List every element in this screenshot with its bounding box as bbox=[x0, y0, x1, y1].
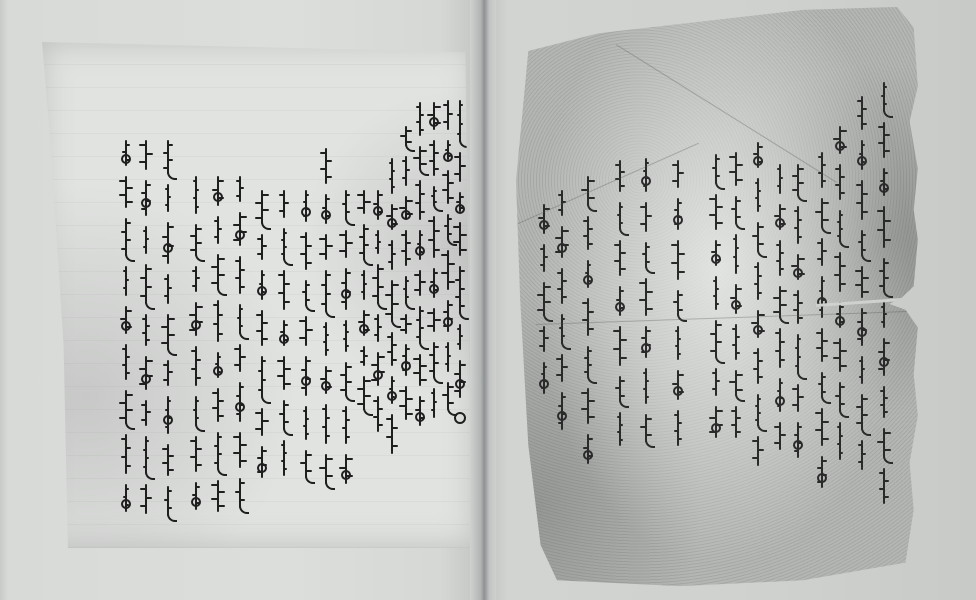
script-word bbox=[405, 344, 407, 376]
script-word bbox=[405, 126, 407, 146]
script-word bbox=[391, 280, 393, 322]
script-word bbox=[779, 328, 781, 368]
script-word bbox=[167, 140, 169, 174]
script-word bbox=[839, 302, 841, 328]
script-word bbox=[283, 356, 285, 390]
script-word bbox=[167, 360, 169, 386]
script-word bbox=[391, 376, 393, 404]
script-word bbox=[283, 270, 285, 310]
script-word bbox=[405, 314, 407, 334]
script-word bbox=[433, 102, 435, 130]
script-word bbox=[145, 264, 147, 304]
script-word bbox=[543, 244, 545, 272]
script-word bbox=[677, 198, 679, 230]
script-word bbox=[125, 140, 127, 166]
script-word bbox=[619, 202, 621, 230]
script-word bbox=[447, 250, 449, 290]
script-word bbox=[883, 82, 885, 112]
script-word bbox=[821, 372, 823, 398]
script-word bbox=[283, 400, 285, 430]
script-word bbox=[239, 344, 241, 372]
script-word bbox=[239, 304, 241, 334]
script-word bbox=[195, 436, 197, 472]
script-word bbox=[861, 394, 863, 430]
script-word bbox=[125, 434, 127, 474]
script-word bbox=[345, 190, 347, 220]
script-word bbox=[645, 326, 647, 358]
script-word bbox=[125, 306, 127, 334]
script-word bbox=[217, 254, 219, 290]
script-word bbox=[363, 376, 365, 410]
script-word bbox=[839, 422, 841, 460]
script-word bbox=[325, 454, 327, 484]
script-word bbox=[433, 308, 435, 332]
script-word bbox=[861, 230, 863, 256]
script-word bbox=[715, 320, 717, 358]
script-word bbox=[619, 376, 621, 402]
script-word bbox=[821, 152, 823, 188]
script-word bbox=[821, 238, 823, 266]
script-word bbox=[757, 262, 759, 300]
script-word bbox=[217, 352, 219, 378]
script-word bbox=[345, 406, 347, 444]
script-word bbox=[363, 346, 365, 366]
script-word bbox=[861, 180, 863, 220]
script-word bbox=[543, 326, 545, 352]
script-word bbox=[261, 446, 263, 478]
script-word bbox=[883, 338, 885, 376]
script-word bbox=[377, 396, 379, 432]
script-word bbox=[239, 382, 241, 422]
script-word bbox=[735, 152, 737, 186]
script-word bbox=[839, 252, 841, 292]
script-word bbox=[587, 298, 589, 336]
script-word bbox=[325, 404, 327, 444]
script-word bbox=[459, 360, 461, 398]
script-word bbox=[883, 428, 885, 458]
book-gutter bbox=[470, 0, 496, 600]
script-word bbox=[677, 160, 679, 188]
script-word bbox=[239, 176, 241, 202]
script-word bbox=[779, 164, 781, 194]
script-word bbox=[779, 204, 781, 230]
script-word bbox=[645, 202, 647, 232]
script-word bbox=[345, 362, 347, 396]
script-word bbox=[305, 450, 307, 478]
script-word bbox=[447, 140, 449, 160]
script-word bbox=[239, 256, 241, 294]
script-word bbox=[883, 468, 885, 504]
script-word bbox=[125, 390, 127, 424]
script-word bbox=[861, 96, 863, 130]
script-word bbox=[735, 324, 737, 360]
script-word bbox=[419, 306, 421, 344]
script-word bbox=[715, 154, 717, 184]
script-word bbox=[195, 176, 197, 214]
script-word bbox=[217, 432, 219, 470]
script-word bbox=[735, 370, 737, 396]
script-word bbox=[433, 216, 435, 258]
script-word bbox=[261, 408, 263, 436]
script-word bbox=[345, 454, 347, 484]
script-word bbox=[645, 242, 647, 268]
script-word bbox=[305, 356, 307, 396]
script-word bbox=[883, 302, 885, 328]
script-word bbox=[587, 434, 589, 464]
script-word bbox=[861, 140, 863, 170]
script-word bbox=[459, 192, 461, 212]
script-word bbox=[345, 230, 347, 258]
script-word bbox=[377, 352, 379, 386]
script-word bbox=[377, 264, 379, 304]
script-word bbox=[757, 348, 759, 384]
script-word bbox=[677, 370, 679, 400]
script-word bbox=[391, 204, 393, 230]
script-word bbox=[735, 196, 737, 224]
script-word bbox=[419, 230, 421, 260]
paper-crease bbox=[516, 143, 699, 225]
script-word bbox=[419, 102, 421, 136]
script-word bbox=[283, 228, 285, 260]
script-word bbox=[391, 332, 393, 366]
script-word bbox=[587, 346, 589, 378]
script-word bbox=[391, 240, 393, 270]
script-word bbox=[861, 356, 863, 384]
script-word bbox=[561, 226, 563, 258]
script-word bbox=[677, 240, 679, 280]
script-word bbox=[405, 276, 407, 304]
script-word bbox=[883, 258, 885, 292]
script-word bbox=[325, 148, 327, 184]
script-word bbox=[645, 278, 647, 316]
script-word bbox=[543, 362, 545, 394]
script-word bbox=[283, 440, 285, 476]
script-word bbox=[735, 406, 737, 438]
script-word bbox=[757, 142, 759, 168]
script-word bbox=[821, 328, 823, 362]
script-word bbox=[883, 206, 885, 248]
script-word bbox=[363, 190, 365, 214]
left-manuscript bbox=[42, 42, 474, 548]
script-word bbox=[195, 346, 197, 386]
script-word bbox=[619, 412, 621, 446]
script-word bbox=[405, 230, 407, 266]
script-word bbox=[677, 290, 679, 316]
script-word bbox=[561, 392, 563, 430]
script-word bbox=[861, 440, 863, 470]
script-word bbox=[167, 444, 169, 476]
script-word bbox=[433, 186, 435, 206]
script-word bbox=[645, 368, 647, 404]
script-word bbox=[305, 406, 307, 440]
script-word bbox=[447, 170, 449, 204]
script-word bbox=[883, 122, 885, 158]
script-word bbox=[217, 216, 219, 244]
script-word bbox=[125, 344, 127, 380]
script-word bbox=[757, 436, 759, 466]
script-word bbox=[587, 388, 589, 424]
script-word bbox=[167, 314, 169, 350]
script-word bbox=[283, 190, 285, 218]
script-word bbox=[779, 422, 781, 450]
script-word bbox=[405, 196, 407, 220]
script-word bbox=[377, 230, 379, 254]
script-word bbox=[797, 254, 799, 280]
script-word bbox=[239, 478, 241, 508]
script-word bbox=[779, 240, 781, 276]
script-word bbox=[145, 180, 147, 216]
right-manuscript-fragment bbox=[516, 4, 926, 592]
script-word bbox=[195, 266, 197, 292]
script-word bbox=[195, 302, 197, 336]
script-word bbox=[145, 484, 147, 514]
script-word bbox=[861, 266, 863, 298]
script-word bbox=[821, 276, 823, 318]
script-word bbox=[239, 212, 241, 246]
script-word bbox=[447, 214, 449, 240]
script-word bbox=[797, 334, 799, 374]
script-word bbox=[363, 224, 365, 260]
script-word bbox=[125, 484, 127, 512]
script-word bbox=[217, 176, 219, 206]
script-word bbox=[217, 480, 219, 512]
script-word bbox=[167, 396, 169, 434]
script-word bbox=[883, 386, 885, 418]
script-word bbox=[839, 210, 841, 242]
script-word bbox=[715, 406, 717, 438]
script-word bbox=[325, 270, 327, 312]
script-word bbox=[345, 320, 347, 352]
script-word bbox=[459, 152, 461, 182]
script-word bbox=[715, 240, 717, 266]
script-word bbox=[325, 194, 327, 224]
open-book-spread: Photograph of an open book showing two f… bbox=[0, 0, 976, 600]
script-word bbox=[145, 400, 147, 426]
script-word bbox=[715, 276, 717, 310]
script-word bbox=[363, 270, 365, 300]
script-word bbox=[645, 158, 647, 192]
script-word bbox=[239, 432, 241, 468]
script-word bbox=[447, 100, 449, 130]
script-word bbox=[325, 322, 327, 356]
script-word bbox=[391, 158, 393, 194]
script-word bbox=[619, 240, 621, 276]
script-word bbox=[543, 282, 545, 316]
script-word bbox=[561, 354, 563, 382]
script-word bbox=[459, 222, 461, 256]
script-word bbox=[757, 394, 759, 426]
script-word bbox=[779, 286, 781, 318]
script-word bbox=[195, 224, 197, 256]
script-word bbox=[839, 382, 841, 412]
script-word bbox=[405, 156, 407, 186]
script-word bbox=[419, 180, 421, 220]
script-word bbox=[305, 316, 307, 346]
script-word bbox=[125, 176, 127, 208]
script-word bbox=[797, 384, 799, 412]
script-word bbox=[325, 366, 327, 394]
script-word bbox=[167, 184, 169, 212]
script-word bbox=[459, 324, 461, 350]
script-word bbox=[433, 342, 435, 378]
script-word bbox=[195, 482, 197, 510]
script-word bbox=[587, 260, 589, 288]
script-word bbox=[735, 284, 737, 314]
script-word bbox=[883, 168, 885, 196]
script-word bbox=[145, 356, 147, 390]
script-word bbox=[283, 320, 285, 346]
script-word bbox=[377, 190, 379, 220]
script-word bbox=[797, 206, 799, 244]
script-word bbox=[715, 368, 717, 396]
script-word bbox=[405, 386, 407, 420]
script-word bbox=[391, 414, 393, 454]
script-word bbox=[839, 126, 841, 154]
script-word bbox=[757, 178, 759, 212]
page-edge-shadow bbox=[0, 0, 8, 600]
script-word bbox=[715, 194, 717, 230]
script-word bbox=[145, 226, 147, 254]
script-word bbox=[167, 274, 169, 304]
script-word bbox=[561, 314, 563, 344]
script-word bbox=[561, 268, 563, 304]
script-word bbox=[419, 270, 421, 296]
script-word bbox=[839, 164, 841, 200]
script-word bbox=[619, 326, 621, 366]
script-word bbox=[821, 198, 823, 228]
script-word bbox=[217, 388, 219, 422]
script-word bbox=[261, 310, 263, 346]
script-word bbox=[325, 234, 327, 260]
script-word bbox=[677, 410, 679, 446]
script-word bbox=[433, 268, 435, 298]
script-word bbox=[419, 146, 421, 170]
script-word bbox=[145, 436, 147, 474]
script-word bbox=[797, 164, 799, 196]
script-word bbox=[125, 266, 127, 296]
script-word bbox=[543, 204, 545, 234]
script-word bbox=[377, 314, 379, 342]
script-word bbox=[447, 300, 449, 332]
script-word bbox=[839, 338, 841, 372]
script-word bbox=[261, 270, 263, 300]
script-word bbox=[419, 396, 421, 426]
script-word bbox=[861, 308, 863, 346]
script-word bbox=[305, 190, 307, 222]
script-word bbox=[797, 422, 799, 458]
script-word bbox=[433, 140, 435, 176]
script-word bbox=[195, 396, 197, 426]
script-word bbox=[217, 300, 219, 342]
script-word bbox=[757, 222, 759, 252]
script-word bbox=[145, 140, 147, 170]
script-word bbox=[821, 456, 823, 488]
script-word bbox=[261, 234, 263, 260]
script-word bbox=[261, 356, 263, 398]
script-word bbox=[587, 216, 589, 250]
script-word bbox=[677, 326, 679, 360]
script-word bbox=[757, 310, 759, 338]
script-word bbox=[821, 408, 823, 446]
script-word bbox=[167, 486, 169, 516]
script-word bbox=[305, 280, 307, 306]
script-word bbox=[145, 314, 147, 346]
script-word bbox=[619, 286, 621, 316]
script-word bbox=[433, 388, 435, 418]
script-word bbox=[447, 342, 449, 372]
script-word bbox=[305, 232, 307, 270]
script-word bbox=[419, 354, 421, 386]
script-word bbox=[363, 310, 365, 336]
script-word bbox=[735, 234, 737, 274]
script-word bbox=[125, 218, 127, 256]
script-word bbox=[345, 268, 347, 310]
script-word bbox=[167, 222, 169, 264]
script-word bbox=[261, 190, 263, 224]
script-word bbox=[779, 378, 781, 412]
script-word bbox=[645, 414, 647, 442]
script-word bbox=[797, 290, 799, 324]
script-word bbox=[447, 382, 449, 410]
script-word bbox=[459, 266, 461, 314]
left-book-page bbox=[0, 0, 478, 600]
script-word bbox=[459, 100, 461, 142]
